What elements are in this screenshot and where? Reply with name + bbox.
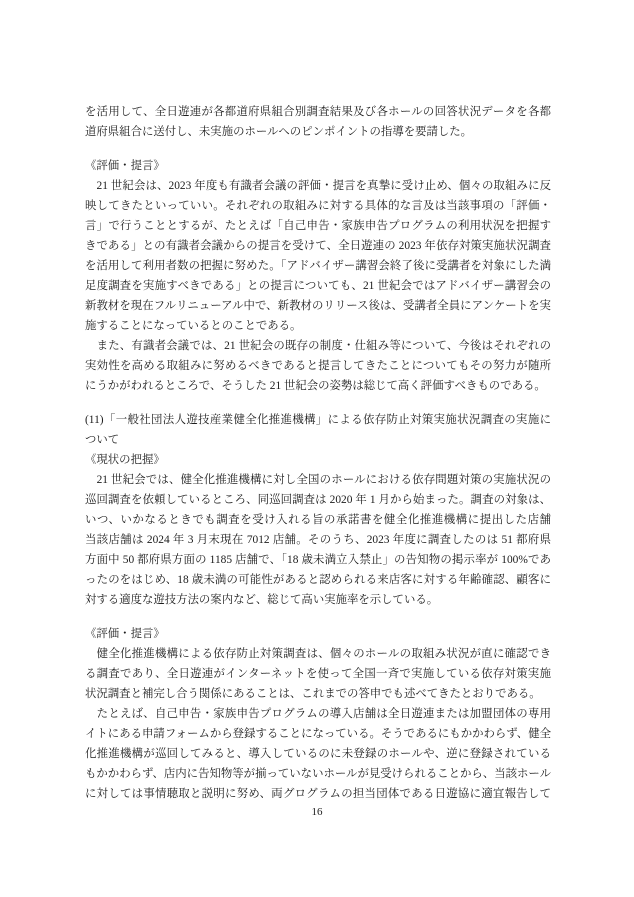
text-line: 巡回調査を依頼しているところ、同巡回調査は 2020 年 1 月から始まった。調… [85, 490, 551, 510]
text-line: 当該店舗は 2024 年 3 月末現在 7012 店舗。そのうち、2023 年度… [85, 530, 551, 550]
text-line: イトにある申請フォームから登録することになっている。そうであるにもかかわらず、健… [85, 724, 551, 744]
text-line: 状況調査と補完し合う関係にあることは、これまでの答申でも述べてきたとおりである。 [85, 684, 551, 704]
text-line: 方面中 50 都府県方面の 1185 店舗で、「18 歳未満立入禁止」の告知物の… [85, 550, 551, 570]
text-line: る調査であり、全日遊連がインターネットを使って全国一斉で実施している依存対策実施 [85, 664, 551, 684]
text-line: 《評価・提言》 [85, 156, 551, 176]
text-line: にうかがわれるところで、そうした 21 世紀会の姿勢は総じて高く評価すべきもので… [85, 376, 551, 396]
text-line: ったのをはじめ、18 歳未満の可能性があると認められる来店客に対する年齢確認、顧… [85, 570, 551, 590]
document-page: を活用して、全日遊連が各都道府県組合別調査結果及び各ホールの回答状況データを各都… [0, 0, 634, 897]
paragraph-gap [85, 610, 551, 624]
page-number: 16 [0, 806, 634, 818]
text-line: 21 世紀会は、2023 年度も有識者会議の評価・提言を真摯に受け止め、個々の取… [85, 176, 551, 196]
paragraph-gap [85, 396, 551, 410]
text-line: を活用して利用者数の把握に努めた。「アドバイザー講習会終了後に受講者を対象にした… [85, 256, 551, 276]
text-line: 足度調査を実施すべきである」との提言についても、21 世紀会ではアドバイザー講習… [85, 276, 551, 296]
text-line: いつ、いかなるときでも調査を受け入れる旨の承諾書を健全化推進機構に提出した店舗で… [85, 510, 551, 530]
text-line: 映してきたといっていい。それぞれの取組みに対する具体的な言及は当該事項の「評価・… [85, 196, 551, 216]
text-line: 実効性を高める取組みに努めるべきであると提言してきたことについてもその努力が随所 [85, 356, 551, 376]
text-line: 健全化推進機構による依存防止対策調査は、個々のホールの取組み状況が直に確認でき [85, 644, 551, 664]
paragraph-gap [85, 142, 551, 156]
text-line: 21 世紀会では、健全化推進機構に対し全国のホールにおける依存問題対策の実施状況… [85, 470, 551, 490]
text-line: 《現状の把握》 [85, 450, 551, 470]
text-line: また、有識者会議では、21 世紀会の既存の制度・仕組み等について、今後はそれぞれ… [85, 336, 551, 356]
text-line: もかかわらず、店内に告知物等が揃っていないホールが見受けられることから、当該ホー… [85, 764, 551, 784]
text-line: に対しては事情聴取と説明に努め、両グログラムの担当団体である日遊協に適宜報告して [85, 784, 551, 804]
page-text-block: を活用して、全日遊連が各都道府県組合別調査結果及び各ホールの回答状況データを各都… [85, 102, 551, 804]
text-line: きである」との有識者会議からの提言を受けて、全日遊連の 2023 年依存対策実施… [85, 236, 551, 256]
text-line: 化推進機構が巡回してみると、導入しているのに未登録のホールや、逆に登録されている… [85, 744, 551, 764]
text-line: 道府県組合に送付し、未実施のホールへのピンポイントの指導を要請した。 [85, 122, 551, 142]
text-line: たとえば、自己申告・家族申告プログラムの導入店舗は全日遊連または加盟団体の専用サ [85, 704, 551, 724]
text-line: ついて [85, 430, 551, 450]
text-line: 《評価・提言》 [85, 624, 551, 644]
text-line: 言」で行うこととするが、たとえば「自己申告・家族申告プログラムの利用状況を把握す… [85, 216, 551, 236]
text-line: 新教材を現在フルリニューアル中で、新教材のリリース後は、受講者全員にアンケートを… [85, 296, 551, 316]
text-line: を活用して、全日遊連が各都道府県組合別調査結果及び各ホールの回答状況データを各都 [85, 102, 551, 122]
text-line: (11)「一般社団法人遊技産業健全化推進機構」による依存防止対策実施状況調査の実… [85, 410, 551, 430]
text-line: 施することになっているとのことである。 [85, 316, 551, 336]
text-line: 対する適度な遊技方法の案内など、総じて高い実施率を示している。 [85, 590, 551, 610]
